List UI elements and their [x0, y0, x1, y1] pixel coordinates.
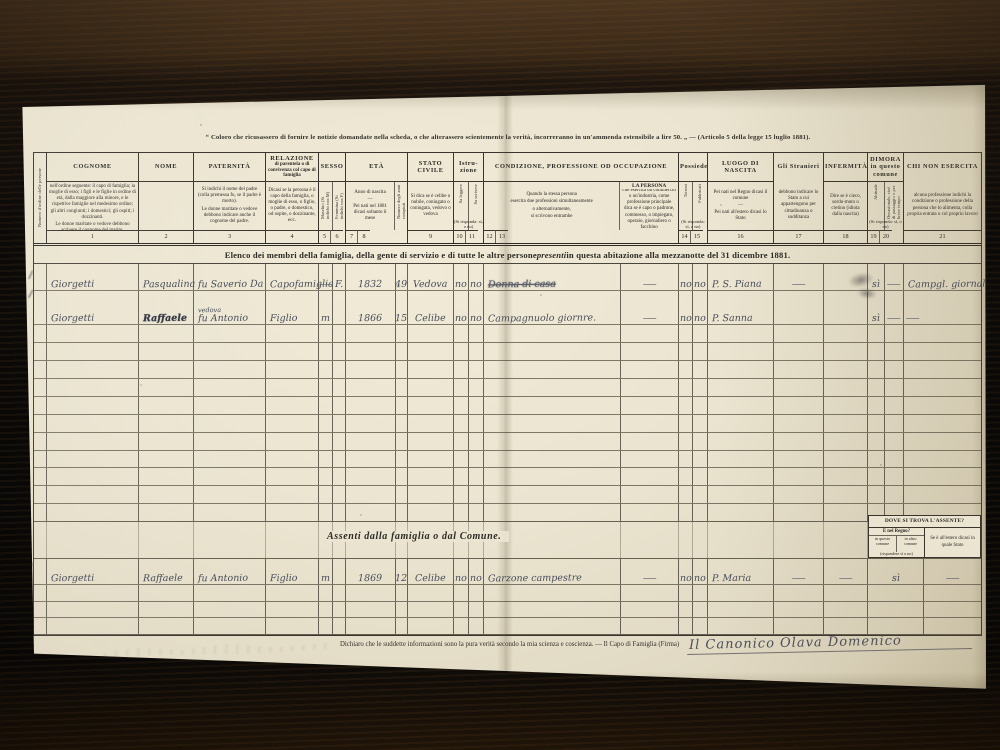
table-row	[34, 343, 981, 361]
table-row	[34, 451, 981, 469]
table-cell	[194, 618, 266, 634]
handwritten-entry: m	[321, 574, 330, 584]
handwritten-entry: no	[455, 574, 467, 584]
column-number: 17	[774, 230, 823, 243]
handwritten-entry: —	[642, 280, 656, 290]
declaration-line: Dichiaro che le suddette informazioni so…	[340, 635, 972, 652]
table-cell	[396, 585, 408, 601]
table-cell	[139, 451, 194, 468]
table-cell: m	[319, 559, 333, 584]
table-cell	[469, 361, 484, 378]
group-note: (Si risponda: sì, o no)	[454, 220, 483, 230]
band-cell	[139, 522, 194, 558]
column-title: LUOGO DI NASCITA	[708, 153, 773, 182]
table-cell	[319, 585, 333, 601]
table-cell: no	[693, 291, 708, 324]
table-cell	[693, 361, 708, 378]
table-cell	[708, 504, 774, 521]
table-cell	[346, 468, 396, 485]
table-cell	[693, 415, 708, 432]
table-cell	[346, 451, 396, 468]
table-cell	[194, 585, 266, 601]
table-cell	[621, 433, 679, 450]
table-cell	[319, 504, 333, 521]
table-cell	[484, 361, 621, 378]
table-cell	[34, 343, 47, 360]
regno-sub-questo-comune: in questo comune	[869, 536, 897, 552]
table-cell	[621, 415, 679, 432]
column-description: Si dica se è celibe o nubile, coniugato …	[408, 182, 453, 230]
table-cell	[34, 379, 47, 396]
table-cell: —	[885, 264, 904, 290]
table-cell	[469, 325, 484, 342]
column-group-header: SESSOMaschio (Si indichi con M)Femmina (…	[319, 153, 346, 243]
table-cell	[484, 343, 621, 360]
assenti-caption: Assenti dalla famiglia o dal Comune.	[319, 531, 509, 542]
handwritten-entry: Celibe	[415, 314, 446, 324]
table-cell: no	[469, 264, 484, 290]
table-cell	[708, 379, 774, 396]
table-cell	[47, 415, 139, 432]
table-cell	[333, 486, 346, 503]
table-cell	[885, 451, 904, 468]
table-cell	[824, 264, 868, 290]
handwritten-entry: Vedova	[413, 280, 448, 290]
table-cell	[266, 361, 319, 378]
table-cell	[396, 325, 408, 342]
table-cell	[139, 585, 194, 601]
dove-box-title: DOVE SI TROVA L'ASSENTE?	[869, 516, 980, 528]
column-title: STATO CIVILE	[408, 153, 453, 182]
column-header-9: STATO CIVILESi dica se è celibe o nubile…	[408, 153, 454, 243]
table-row	[34, 486, 981, 504]
table-cell	[333, 559, 346, 584]
table-cell	[346, 602, 396, 618]
table-cell	[139, 618, 194, 634]
band-cell	[708, 522, 774, 558]
handwritten-entry: Raffaele	[143, 573, 183, 583]
table-cell	[408, 415, 454, 432]
handwritten-entry: no	[694, 314, 706, 324]
table-cell	[868, 468, 885, 485]
table-cell	[904, 379, 981, 396]
table-cell	[396, 618, 408, 634]
handwritten-entry: —	[791, 280, 805, 290]
table-cell	[266, 415, 319, 432]
census-table: Numero d'ordine delle personeCOGNOMELe p…	[33, 152, 982, 636]
handwritten-entry: Garzone campestre	[488, 573, 582, 583]
group-numbers: 56	[319, 230, 345, 243]
group-body: Quando la stessa personaesercita due pro…	[484, 182, 678, 230]
column-number: 10	[454, 230, 466, 243]
table-cell	[47, 343, 139, 360]
table-cell	[484, 379, 621, 396]
table-cell: fu Antonio	[194, 559, 266, 584]
table-row	[34, 415, 981, 433]
table-cell	[469, 602, 484, 618]
absent-row	[34, 602, 981, 619]
table-cell	[139, 468, 194, 485]
table-cell	[396, 602, 408, 618]
table-cell	[693, 451, 708, 468]
pencil-smudge	[100, 636, 335, 660]
table-cell: Capofamiglia	[266, 264, 319, 290]
table-cell	[47, 361, 139, 378]
table-cell	[868, 343, 885, 360]
declaration-text: Dichiaro che le suddette informazioni so…	[340, 641, 679, 648]
table-cell	[824, 397, 868, 414]
table-cell	[319, 415, 333, 432]
handwritten-entry: F.	[335, 280, 343, 290]
handwritten-entry: Giorgetti	[51, 573, 94, 583]
group-title: DIMORAin questocomune	[868, 153, 903, 182]
group-title: SESSO	[319, 153, 345, 182]
table-cell	[679, 585, 693, 601]
table-cell: no	[679, 291, 693, 324]
table-cell	[408, 361, 454, 378]
handwritten-entry: 1866	[358, 314, 382, 324]
handwritten-entry: no	[680, 574, 692, 584]
table-cell	[885, 415, 904, 432]
table-cell	[824, 585, 868, 601]
table-cell	[621, 602, 679, 618]
table-cell	[679, 602, 693, 618]
table-cell	[454, 585, 469, 601]
table-cell	[139, 486, 194, 503]
table-cell	[194, 325, 266, 342]
table-cell	[868, 618, 924, 634]
table-cell	[266, 602, 319, 618]
band-cell	[266, 522, 319, 558]
band-cell	[679, 522, 693, 558]
handwritten-entry: Figlio	[270, 573, 298, 583]
handwritten-entry: m	[321, 314, 330, 324]
table-cell	[679, 361, 693, 378]
handwritten-entry: 1869	[358, 573, 382, 583]
group-body: TerreniFabbricati(Si risponda: sì, o no)	[679, 182, 707, 230]
table-cell: sì	[868, 264, 885, 290]
table-cell	[47, 451, 139, 468]
handwritten-entry: Celibe	[415, 573, 446, 583]
column-number: 20	[880, 230, 892, 243]
table-cell	[904, 397, 981, 414]
handwritten-entry: no	[470, 574, 482, 584]
elenco-caption-post: in questa abitazione alla mezzanotte del…	[566, 250, 790, 260]
table-cell	[708, 618, 774, 634]
table-cell	[621, 379, 679, 396]
table-cell	[34, 433, 47, 450]
handwritten-entry: fu Antonio	[198, 573, 248, 583]
table-cell	[469, 451, 484, 468]
band-cell	[693, 522, 708, 558]
table-cell	[346, 618, 396, 634]
table-cell	[346, 325, 396, 342]
table-cell: 15	[396, 291, 408, 324]
table-cell	[904, 486, 981, 503]
table-cell	[319, 343, 333, 360]
column-description: Pei nati nel Regno dicasi il comune—Pei …	[708, 182, 773, 230]
table-cell	[693, 325, 708, 342]
table-cell	[774, 397, 824, 414]
table-cell: Figlio	[266, 559, 319, 584]
table-cell	[824, 379, 868, 396]
table-cell	[454, 602, 469, 618]
column-number: 18	[824, 230, 867, 243]
table-cell	[34, 325, 47, 342]
regno-note: (rispondere sì o no)	[869, 552, 924, 557]
table-cell	[484, 486, 621, 503]
group-note: (Si risponda: sì, o no)	[679, 220, 707, 230]
vertical-label: Occasionale, cioè di passaggio o per bre…	[886, 184, 901, 219]
table-cell	[454, 379, 469, 396]
table-cell	[708, 451, 774, 468]
table-cell	[346, 379, 396, 396]
table-cell	[868, 325, 885, 342]
table-cell	[194, 433, 266, 450]
table-cell	[194, 343, 266, 360]
column-number: 16	[708, 230, 773, 243]
table-cell	[266, 504, 319, 521]
column-header-3: PATERNITÀSi indichi il nome del padre (c…	[194, 153, 266, 243]
table-cell	[904, 343, 981, 360]
table-cell: P. Maria	[708, 559, 774, 584]
sub-column: Femmina (Si indichi con F)	[333, 182, 346, 230]
table-cell: sì	[868, 559, 924, 584]
handwritten-entry: 15	[395, 314, 407, 324]
sub-column: Numero degli anni compiuti	[395, 182, 407, 230]
handwritten-entry: Giorgetti	[51, 280, 94, 290]
table-cell	[408, 585, 454, 601]
table-cell	[396, 468, 408, 485]
handwritten-entry: Campagnuolo giornre.	[488, 313, 596, 324]
absent-row	[34, 618, 981, 635]
dove-si-trova-box: DOVE SI TROVA L'ASSENTE? È nel Regno? in…	[868, 515, 981, 558]
vertical-label: Maschio (Si indichi con M)	[320, 184, 330, 219]
table-cell	[621, 486, 679, 503]
table-cell	[693, 468, 708, 485]
table-row	[34, 504, 981, 522]
table-cell	[868, 415, 885, 432]
column-number: 7	[346, 230, 358, 243]
table-cell	[319, 468, 333, 485]
table-cell	[319, 361, 333, 378]
table-cell	[34, 451, 47, 468]
table-cell	[774, 291, 824, 324]
table-cell	[679, 618, 693, 634]
table-cell: no	[454, 291, 469, 324]
handwritten-entry: Giorgetti	[51, 314, 94, 324]
table-cell	[408, 486, 454, 503]
table-cell	[693, 397, 708, 414]
group-body: Sa leggereSa scrivere(Si risponda: sì, o…	[454, 182, 483, 230]
table-cell	[621, 504, 679, 521]
table-cell	[484, 468, 621, 485]
table-cell	[693, 343, 708, 360]
table-cell	[266, 451, 319, 468]
table-cell	[693, 379, 708, 396]
table-cell: —	[924, 559, 981, 584]
table-row	[34, 397, 981, 415]
table-cell	[824, 602, 868, 618]
table-cell: —	[904, 291, 981, 324]
column-description: alcuna professione indichi la condizione…	[904, 181, 981, 230]
table-cell	[333, 397, 346, 414]
table-cell	[266, 343, 319, 360]
table-cell	[34, 585, 47, 601]
column-number: 2	[139, 230, 193, 243]
table-cell	[469, 415, 484, 432]
table-cell	[621, 451, 679, 468]
table-cell	[868, 486, 885, 503]
table-cell	[454, 361, 469, 378]
table-cell	[693, 433, 708, 450]
table-cell	[47, 618, 139, 634]
sub-column: Maschio (Si indichi con M)	[319, 182, 333, 230]
band-cell	[47, 522, 139, 558]
table-cell	[34, 291, 47, 324]
handwritten-entry: Figlio	[270, 314, 298, 324]
table-cell	[454, 618, 469, 634]
table-cell	[679, 325, 693, 342]
table-cell	[679, 379, 693, 396]
table-cell	[346, 397, 396, 414]
vertical-label: Fabbricati	[697, 184, 702, 203]
table-cell: —	[621, 264, 679, 290]
column-group-header: DIMORAin questocomuneAbitualeOccasionale…	[868, 153, 904, 243]
table-cell	[708, 325, 774, 342]
table-cell	[396, 486, 408, 503]
table-cell	[904, 468, 981, 485]
table-cell: no	[469, 559, 484, 584]
table-cell	[266, 468, 319, 485]
table-cell: Pasqualina	[139, 264, 194, 290]
table-cell	[679, 486, 693, 503]
photo-of-census-sheet: “ Coloro che ricusassero di fornire le n…	[0, 0, 1000, 750]
table-row: GiorgettiPasqualinafu Saverio DaCapofami…	[34, 264, 981, 291]
table-cell	[469, 379, 484, 396]
table-cell	[454, 451, 469, 468]
table-cell	[679, 504, 693, 521]
table-cell	[454, 397, 469, 414]
table-row	[34, 325, 981, 343]
table-cell: m	[319, 291, 333, 324]
table-cell	[469, 343, 484, 360]
table-cell	[139, 361, 194, 378]
handwritten-entry: no	[694, 280, 706, 290]
table-cell: F.	[333, 264, 346, 290]
table-cell	[194, 397, 266, 414]
group-numbers: 1920	[868, 230, 903, 243]
table-cell	[194, 504, 266, 521]
table-cell	[139, 379, 194, 396]
table-cell	[824, 486, 868, 503]
table-cell	[924, 585, 981, 601]
table-cell	[885, 343, 904, 360]
table-cell	[484, 433, 621, 450]
table-cell	[454, 504, 469, 521]
table-cell	[621, 585, 679, 601]
table-cell: Vedova	[408, 264, 454, 290]
dove-box-regno: È nel Regno? in questo comune in altro c…	[869, 528, 925, 557]
table-cell	[904, 361, 981, 378]
handwritten-entry: sì	[872, 314, 880, 324]
group-numbers: 1213	[484, 230, 678, 243]
table-cell	[319, 618, 333, 634]
table-cell	[47, 602, 139, 618]
table-cell	[621, 343, 679, 360]
handwritten-entry: 49	[395, 280, 407, 290]
band-cell	[621, 522, 679, 558]
table-cell	[266, 325, 319, 342]
table-cell: 1866	[346, 291, 396, 324]
table-cell: no	[469, 291, 484, 324]
table-cell	[194, 361, 266, 378]
table-cell	[47, 585, 139, 601]
handwritten-entry: no	[470, 280, 482, 290]
vertical-label: Numero degli anni compiuti	[396, 184, 406, 219]
table-cell	[408, 325, 454, 342]
table-cell	[333, 343, 346, 360]
group-title: Istru-zione	[454, 153, 483, 182]
handwritten-entry: —	[318, 280, 332, 290]
table-cell	[708, 415, 774, 432]
group-numbers: 1011	[454, 230, 483, 243]
table-cell	[408, 602, 454, 618]
table-cell	[885, 468, 904, 485]
table-cell	[868, 433, 885, 450]
table-cell	[139, 343, 194, 360]
table-cell	[693, 618, 708, 634]
table-cell	[47, 397, 139, 414]
handwritten-entry: —	[887, 314, 901, 324]
table-cell: Raffaele	[139, 559, 194, 584]
handwritten-entry: —	[906, 314, 920, 324]
table-cell	[774, 325, 824, 342]
sub-column: Quando la stessa personaesercita due pro…	[484, 182, 620, 230]
legal-notice: “ Coloro che ricusassero di fornire le n…	[60, 134, 956, 141]
table-cell	[194, 486, 266, 503]
table-cell	[774, 451, 824, 468]
column-header-numero-ordine: Numero d'ordine delle persone	[34, 153, 47, 243]
table-cell	[396, 397, 408, 414]
table-cell	[679, 451, 693, 468]
table-cell	[139, 397, 194, 414]
table-cell	[408, 618, 454, 634]
table-cell	[333, 361, 346, 378]
handwritten-entry: no	[680, 314, 692, 324]
band-cell	[34, 522, 47, 558]
table-cell	[346, 433, 396, 450]
table-cell	[484, 397, 621, 414]
table-cell	[774, 504, 824, 521]
column-header-16: LUOGO DI NASCITAPei nati nel Regno dicas…	[708, 153, 774, 243]
table-cell	[469, 585, 484, 601]
table-cell	[885, 361, 904, 378]
table-cell: fu Saverio Da	[194, 264, 266, 290]
table-cell	[408, 504, 454, 521]
table-cell: 49	[396, 264, 408, 290]
column-group-header: PossiedeTerreniFabbricati(Si risponda: s…	[679, 153, 708, 243]
census-sheet-paper: “ Coloro che ricusassero di fornire le n…	[20, 84, 986, 690]
table-cell	[346, 585, 396, 601]
group-note: (Si risponda: sì, o no)	[868, 220, 903, 230]
table-cell	[396, 361, 408, 378]
handwritten-entry: —	[642, 574, 656, 584]
band-cell	[774, 522, 824, 558]
table-cell	[824, 325, 868, 342]
table-cell	[346, 504, 396, 521]
table-cell	[708, 486, 774, 503]
